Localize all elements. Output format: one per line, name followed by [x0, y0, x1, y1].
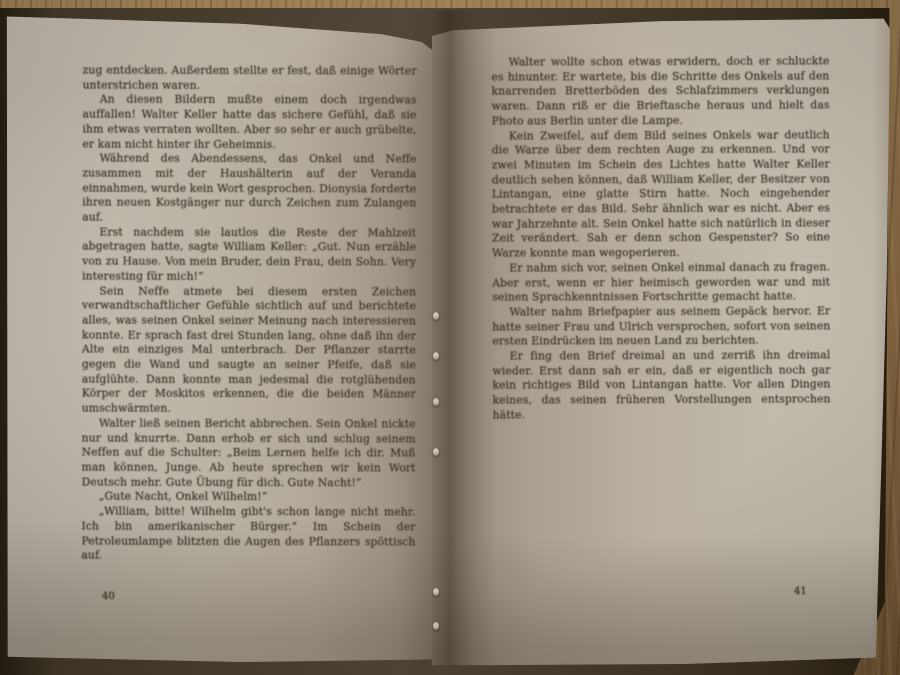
binding-stitch [433, 622, 439, 630]
paragraph: Erst nachdem sie lautlos die Reste der M… [82, 225, 416, 285]
paragraph: Walter ließ seinen Bericht abbrechen. Se… [82, 416, 416, 490]
left-page-text: zug entdecken. Außerdem stellte er fest,… [81, 64, 416, 565]
paragraph: zug entdecken. Außerdem stellte er fest,… [83, 64, 417, 94]
paragraph: Walter nahm Briefpapier aus seinem Gepäc… [492, 304, 830, 349]
binding-stitch [433, 352, 439, 360]
binding-stitch [433, 312, 439, 320]
paragraph: Er nahm sich vor, seinen Onkel einmal da… [492, 260, 830, 305]
paragraph: Kein Zweifel, auf dem Bild seines Onkels… [492, 128, 830, 262]
binding-stitch [433, 448, 439, 456]
paragraph: „William, bitte! Wilhelm gibt's schon la… [81, 505, 415, 565]
paragraph: Während des Abendessens, das Onkel und N… [82, 152, 416, 226]
right-page-text: Walter wollte schon etwas erwidern, doch… [491, 54, 830, 423]
paragraph: Walter wollte schon etwas erwidern, doch… [491, 54, 829, 129]
paragraph: Er fing den Brief dreimal an und zerriß … [492, 348, 830, 423]
page-number-right: 41 [794, 586, 807, 597]
page-number-left: 40 [102, 591, 115, 602]
binding-stitch [433, 398, 439, 406]
binding-stitch [433, 588, 439, 596]
paragraph: „Gute Nacht, Onkel Wilhelm!“ [82, 490, 416, 506]
paragraph: An diesen Bildern mußte einem doch irgen… [82, 93, 416, 153]
paragraph: Sein Neffe atmete bei diesem ersten Zeic… [82, 284, 416, 417]
photo-of-open-book: zug entdecken. Außerdem stellte er fest,… [0, 0, 900, 675]
